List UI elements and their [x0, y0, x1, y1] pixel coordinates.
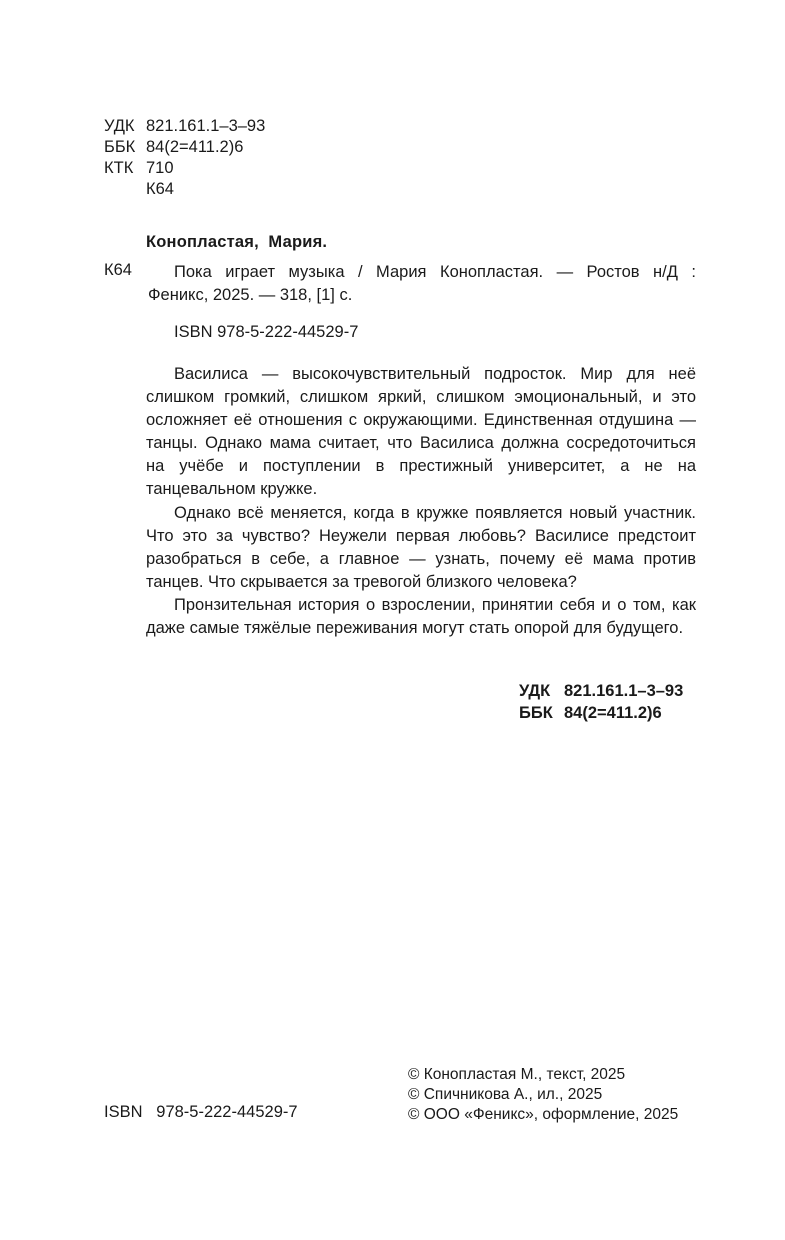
ktk-row: КТК 710	[104, 158, 265, 179]
classification-block-bottom: УДК 821.161.1–3–93 ББК 84(2=411.2)6	[519, 681, 683, 724]
copyright-notices: © Конопластая М., текст, 2025 © Спичнико…	[408, 1065, 678, 1125]
annotation-paragraph: Пронзительная история о взрослении, прин…	[146, 594, 696, 640]
isbn-footer: ISBN 978-5-222-44529-7	[104, 1103, 298, 1122]
udk-value: 821.161.1–3–93	[146, 116, 265, 137]
biblio-publisher-line: Феникс, 2025. — 318, [1] с.	[104, 284, 696, 307]
classification-block-top: УДК 821.161.1–3–93 ББК 84(2=411.2)6 КТК …	[104, 116, 265, 200]
isbn-record: ISBN 978-5-222-44529-7	[174, 323, 358, 342]
bbk-row-bottom: ББК 84(2=411.2)6	[519, 703, 683, 725]
biblio-title-line: Пока играет музыка / Мария Конопластая. …	[104, 261, 696, 284]
copyright-design: © ООО «Феникс», оформление, 2025	[408, 1105, 678, 1125]
udk-label-bottom: УДК	[519, 681, 564, 703]
annotation-paragraph: Однако всё меняется, когда в кружке появ…	[146, 502, 696, 594]
copyright-illustrations: © Спичникова А., ил., 2025	[408, 1085, 678, 1105]
author-mark: К64	[146, 179, 174, 200]
bibliographic-description: Пока играет музыка / Мария Конопластая. …	[104, 261, 696, 307]
bbk-value-bottom: 84(2=411.2)6	[564, 703, 662, 725]
bbk-row: ББК 84(2=411.2)6	[104, 137, 265, 158]
udk-value-bottom: 821.161.1–3–93	[564, 681, 683, 703]
udk-label: УДК	[104, 116, 146, 137]
annotation: Василиса — высокочувствительный подросто…	[146, 363, 696, 640]
author-mark-row: К64	[104, 179, 265, 200]
bbk-label-bottom: ББК	[519, 703, 564, 725]
copyright-text: © Конопластая М., текст, 2025	[408, 1065, 678, 1085]
author-heading: Конопластая, Мария.	[146, 233, 327, 252]
bbk-value: 84(2=411.2)6	[146, 137, 243, 158]
bbk-label: ББК	[104, 137, 146, 158]
ktk-label: КТК	[104, 158, 146, 179]
annotation-paragraph: Василиса — высокочувствительный подросто…	[146, 363, 696, 502]
udk-row-bottom: УДК 821.161.1–3–93	[519, 681, 683, 703]
udk-row: УДК 821.161.1–3–93	[104, 116, 265, 137]
ktk-value: 710	[146, 158, 174, 179]
